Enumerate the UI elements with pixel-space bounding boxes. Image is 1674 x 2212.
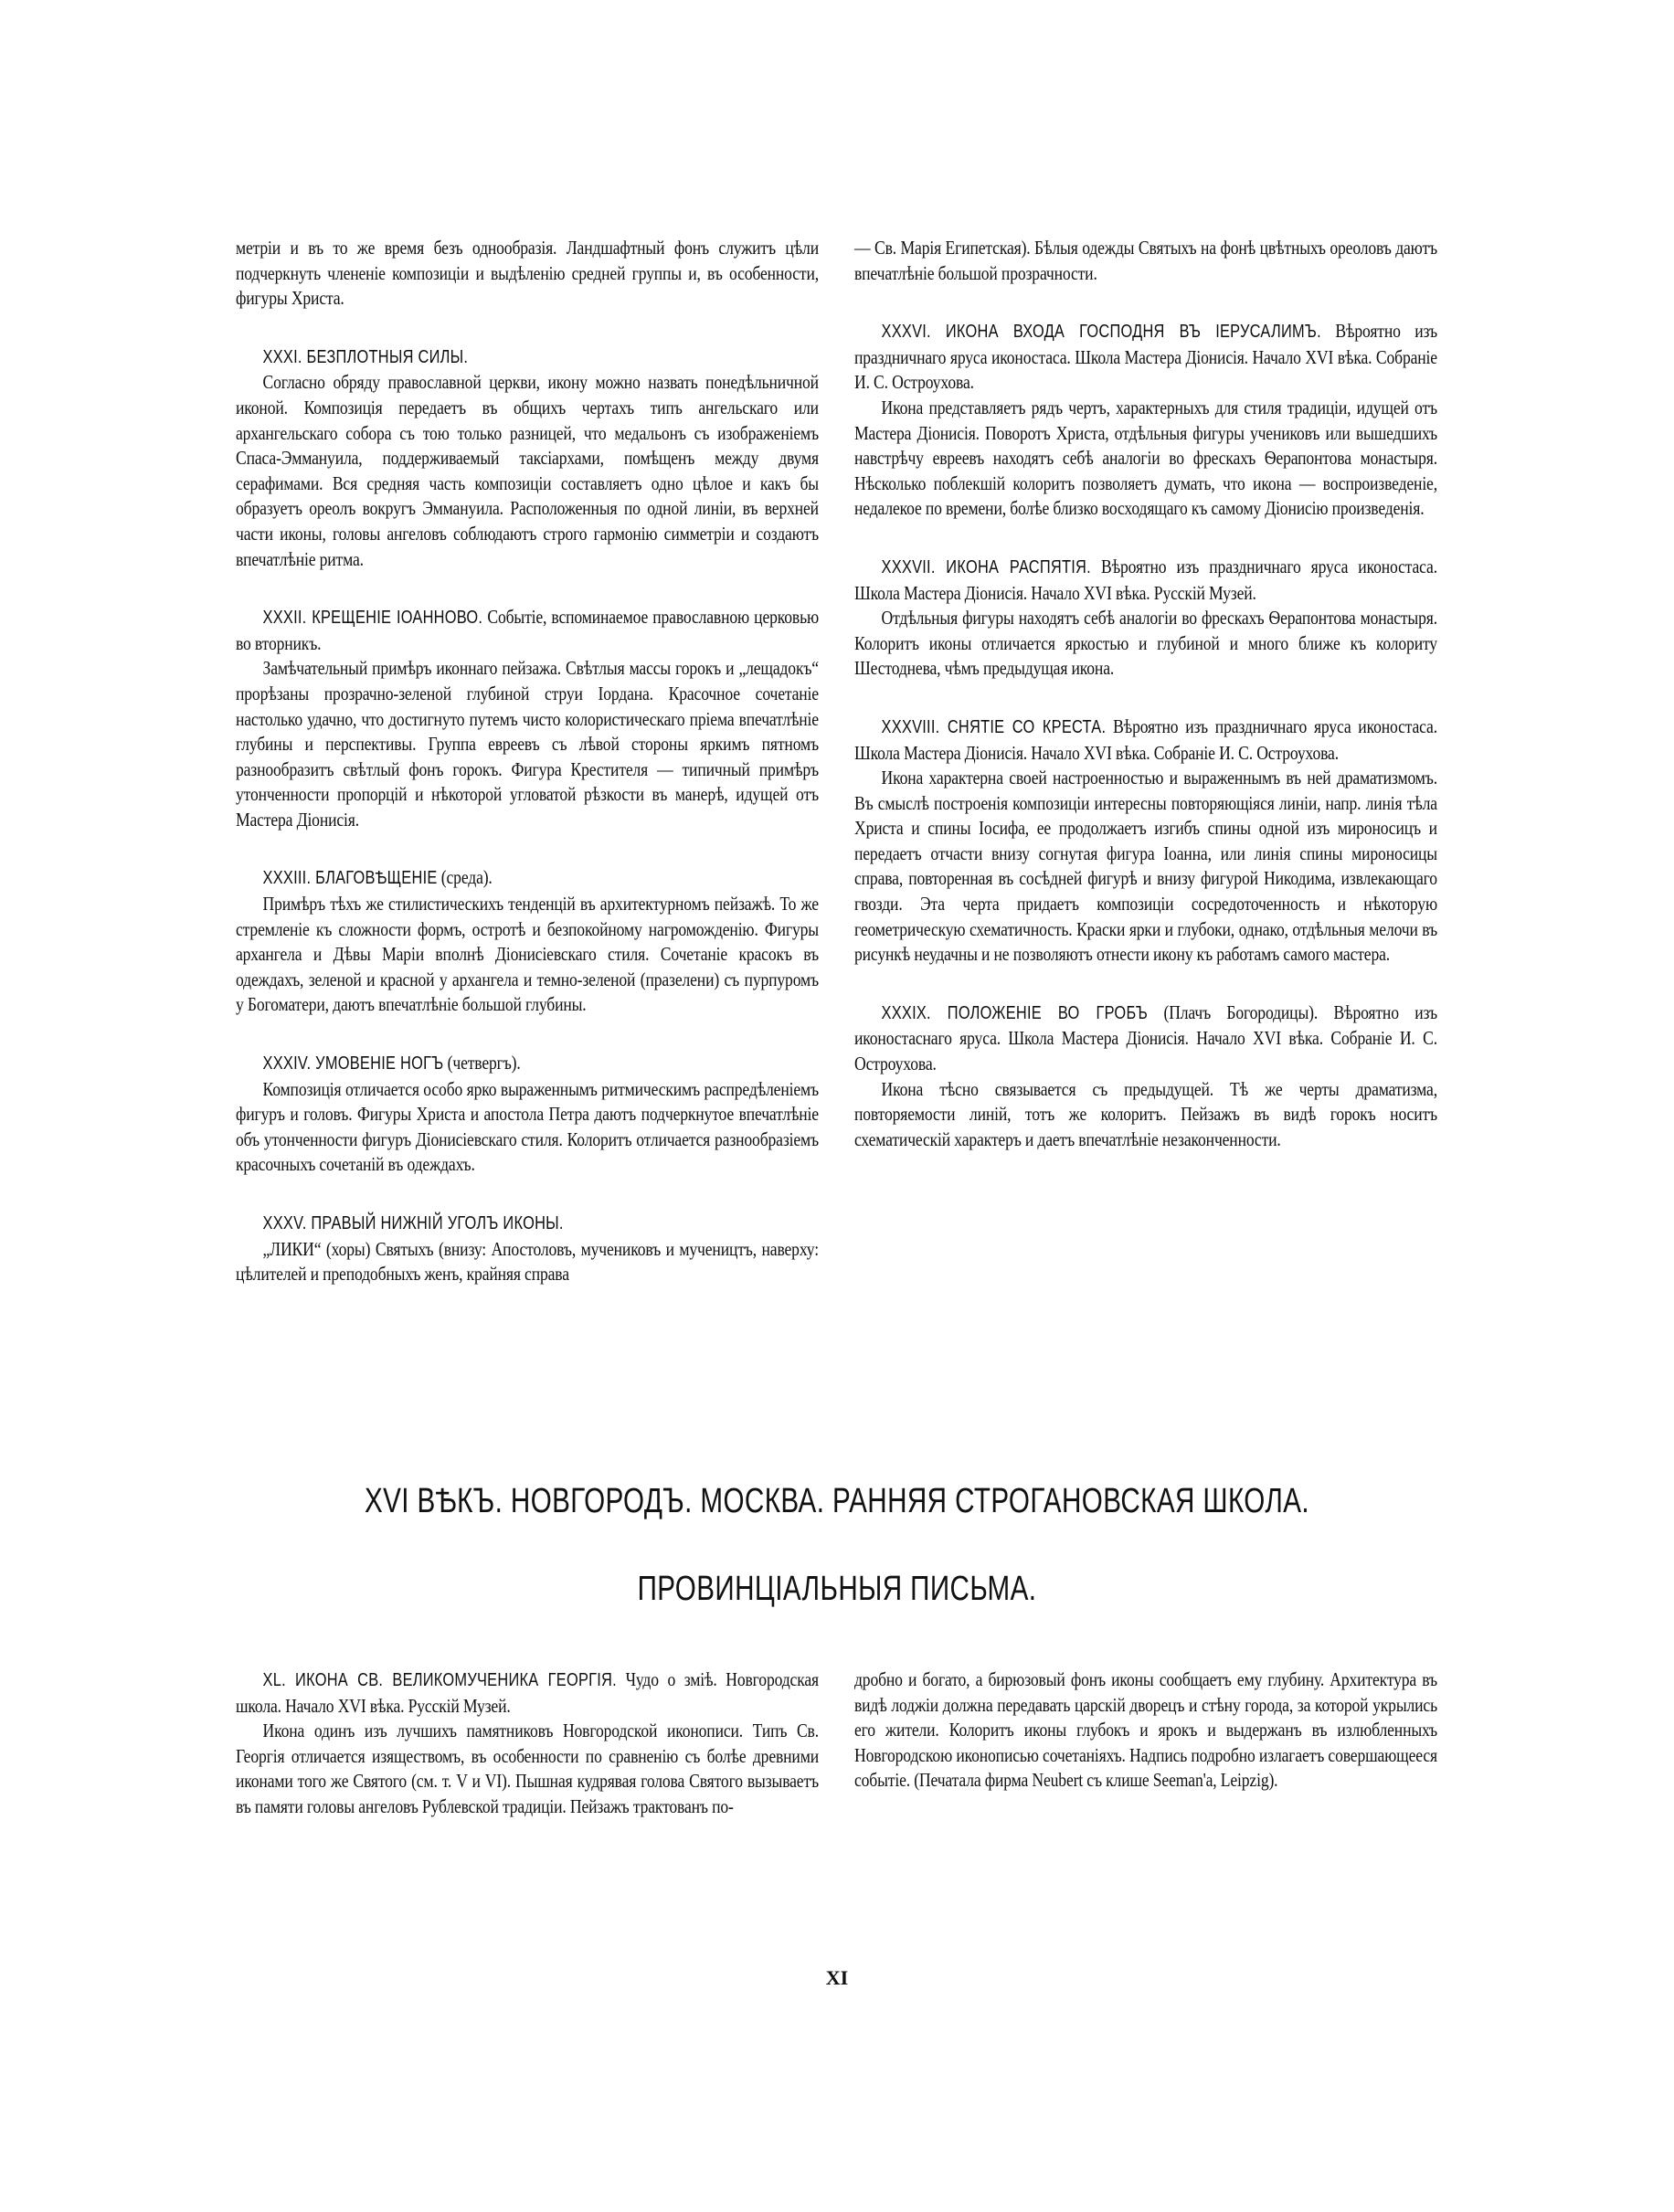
entry-paragraph: Икона характерна своей настроенностью и … (854, 766, 1437, 968)
catalog-entry: XXXI. БЕЗПЛОТНЫЯ СИЛЫ.Согласно обряду пр… (236, 344, 819, 572)
catalog-entry: XXXIII. БЛАГОВѢЩЕНІЕ (среда).Примѣръ тѣх… (236, 865, 819, 1018)
entry-title: XL. ИКОНА СВ. ВЕЛИКОМУЧЕНИКА ГЕОРГІЯ. (263, 1670, 617, 1690)
entry-heading: XL. ИКОНА СВ. ВЕЛИКОМУЧЕНИКА ГЕОРГІЯ. Чу… (236, 1667, 819, 1719)
catalog-entry: — Св. Марія Египетская). Бѣлыя одежды Св… (854, 236, 1437, 286)
entry-paragraph: Икона тѣсно связывается съ предыдущей. Т… (854, 1077, 1437, 1153)
entry-heading: XXXVI. ИКОНА ВХОДА ГОСПОДНЯ ВЪ ІЕРУСАЛИМ… (854, 319, 1437, 396)
entry-title: XXXI. БЕЗПЛОТНЫЯ СИЛЫ. (263, 347, 469, 367)
entry-heading: XXXVIII. СНЯТІЕ СО КРЕСТА. Вѣроятно изъ … (854, 714, 1437, 766)
entry-title: XXXIII. БЛАГОВѢЩЕНІЕ (263, 868, 438, 888)
entry-paragraph: Икона представляетъ рядъ чертъ, характер… (854, 396, 1437, 522)
catalog-entry: XXXII. КРЕЩЕНІЕ ІОАННОВО. Событіе, вспом… (236, 605, 819, 832)
entry-paragraph: „ЛИКИ“ (хоры) Святыхъ (внизу: Апостоловъ… (236, 1237, 819, 1287)
catalog-entry: XXXVI. ИКОНА ВХОДА ГОСПОДНЯ ВЪ ІЕРУСАЛИМ… (854, 319, 1437, 522)
entry-heading: XXXIII. БЛАГОВѢЩЕНІЕ (среда). (236, 865, 819, 892)
right-column-bottom: дробно и богато, а бирюзовый фонъ иконы … (854, 1667, 1332, 1826)
catalog-entry: XXXVII. ИКОНА РАСПЯТІЯ. Вѣроятно изъ пра… (854, 555, 1437, 682)
entry-subtitle: (среда). (438, 866, 493, 888)
entry-paragraph: Согласно обряду православной церкви, ико… (236, 370, 819, 572)
entry-title: XXXII. КРЕЩЕНІЕ ІОАННОВО. (263, 608, 483, 628)
entry-title: XXXIV. УМОВЕНІЕ НОГЪ (263, 1053, 444, 1074)
entry-paragraph: метріи и въ то же время безъ однообразія… (236, 236, 819, 312)
entry-paragraph: Отдѣльныя фигуры находятъ себѣ аналогіи … (854, 606, 1437, 682)
section-heading-line-2: ПРОВИНЦІАЛЬНЫЯ ПИСЬМА. (185, 1570, 1490, 1609)
entry-title: XXXIX. ПОЛОЖЕНІЕ ВО ГРОБЪ (882, 1003, 1149, 1023)
entry-heading: XXXVII. ИКОНА РАСПЯТІЯ. Вѣроятно изъ пра… (854, 555, 1437, 606)
entry-paragraph: Примѣръ тѣхъ же стилистическихъ тенденці… (236, 892, 819, 1018)
entry-paragraph: Композиція отличается особо ярко выражен… (236, 1077, 819, 1178)
right-column-top: — Св. Марія Египетская). Бѣлыя одежды Св… (854, 236, 1332, 1185)
entry-title: XXXVII. ИКОНА РАСПЯТІЯ. (882, 557, 1091, 577)
entry-heading: XXXI. БЕЗПЛОТНЫЯ СИЛЫ. (236, 344, 819, 371)
column-content: — Св. Марія Египетская). Бѣлыя одежды Св… (854, 236, 1437, 1152)
catalog-entry: XXXIV. УМОВЕНІЕ НОГЪ (четвергъ).Композиц… (236, 1051, 819, 1178)
entry-title: XXXVI. ИКОНА ВХОДА ГОСПОДНЯ ВЪ ІЕРУСАЛИМ… (882, 322, 1321, 342)
column-content: метріи и въ то же время безъ однообразія… (236, 236, 819, 1287)
entry-heading: XXXIV. УМОВЕНІЕ НОГЪ (четвергъ). (236, 1051, 819, 1077)
catalog-entry: XXXIX. ПОЛОЖЕНІЕ ВО ГРОБЪ (Плачъ Богород… (854, 1000, 1437, 1153)
entry-heading: XXXV. ПРАВЫЙ НИЖНІЙ УГОЛЪ ИКОНЫ. (236, 1211, 819, 1237)
column-content: XL. ИКОНА СВ. ВЕЛИКОМУЧЕНИКА ГЕОРГІЯ. Чу… (236, 1667, 819, 1820)
left-column-top: метріи и въ то же время безъ однообразія… (236, 236, 714, 1320)
entry-heading: XXXIX. ПОЛОЖЕНІЕ ВО ГРОБЪ (Плачъ Богород… (854, 1000, 1437, 1077)
entry-title: XXXV. ПРАВЫЙ НИЖНІЙ УГОЛЪ ИКОНЫ. (263, 1213, 564, 1233)
section-heading-line-1: XVI ВѢКЪ. НОВГОРОДЪ. МОСКВА. РАННЯЯ СТРО… (185, 1482, 1490, 1521)
entry-title: XXXVIII. СНЯТІЕ СО КРЕСТА. (882, 717, 1107, 737)
entry-subtitle: (четвергъ). (443, 1052, 520, 1074)
entry-paragraph: дробно и богато, а бирюзовый фонъ иконы … (854, 1667, 1437, 1794)
catalog-entry: дробно и богато, а бирюзовый фонъ иконы … (854, 1667, 1437, 1794)
page-number: XI (0, 1966, 1674, 1990)
left-column-bottom: XL. ИКОНА СВ. ВЕЛИКОМУЧЕНИКА ГЕОРГІЯ. Чу… (236, 1667, 714, 1853)
catalog-entry: XXXV. ПРАВЫЙ НИЖНІЙ УГОЛЪ ИКОНЫ.„ЛИКИ“ (… (236, 1211, 819, 1287)
column-content: дробно и богато, а бирюзовый фонъ иконы … (854, 1667, 1437, 1794)
entry-heading: XXXII. КРЕЩЕНІЕ ІОАННОВО. Событіе, вспом… (236, 605, 819, 656)
catalog-entry: XXXVIII. СНЯТІЕ СО КРЕСТА. Вѣроятно изъ … (854, 714, 1437, 968)
entry-paragraph: Замѣчательный примѣръ иконнаго пейзажа. … (236, 656, 819, 832)
catalog-entry: метріи и въ то же время безъ однообразія… (236, 236, 819, 312)
entry-paragraph: — Св. Марія Египетская). Бѣлыя одежды Св… (854, 236, 1437, 286)
catalog-entry: XL. ИКОНА СВ. ВЕЛИКОМУЧЕНИКА ГЕОРГІЯ. Чу… (236, 1667, 819, 1820)
entry-paragraph: Икона одинъ изъ лучшихъ памятниковъ Новг… (236, 1719, 819, 1819)
